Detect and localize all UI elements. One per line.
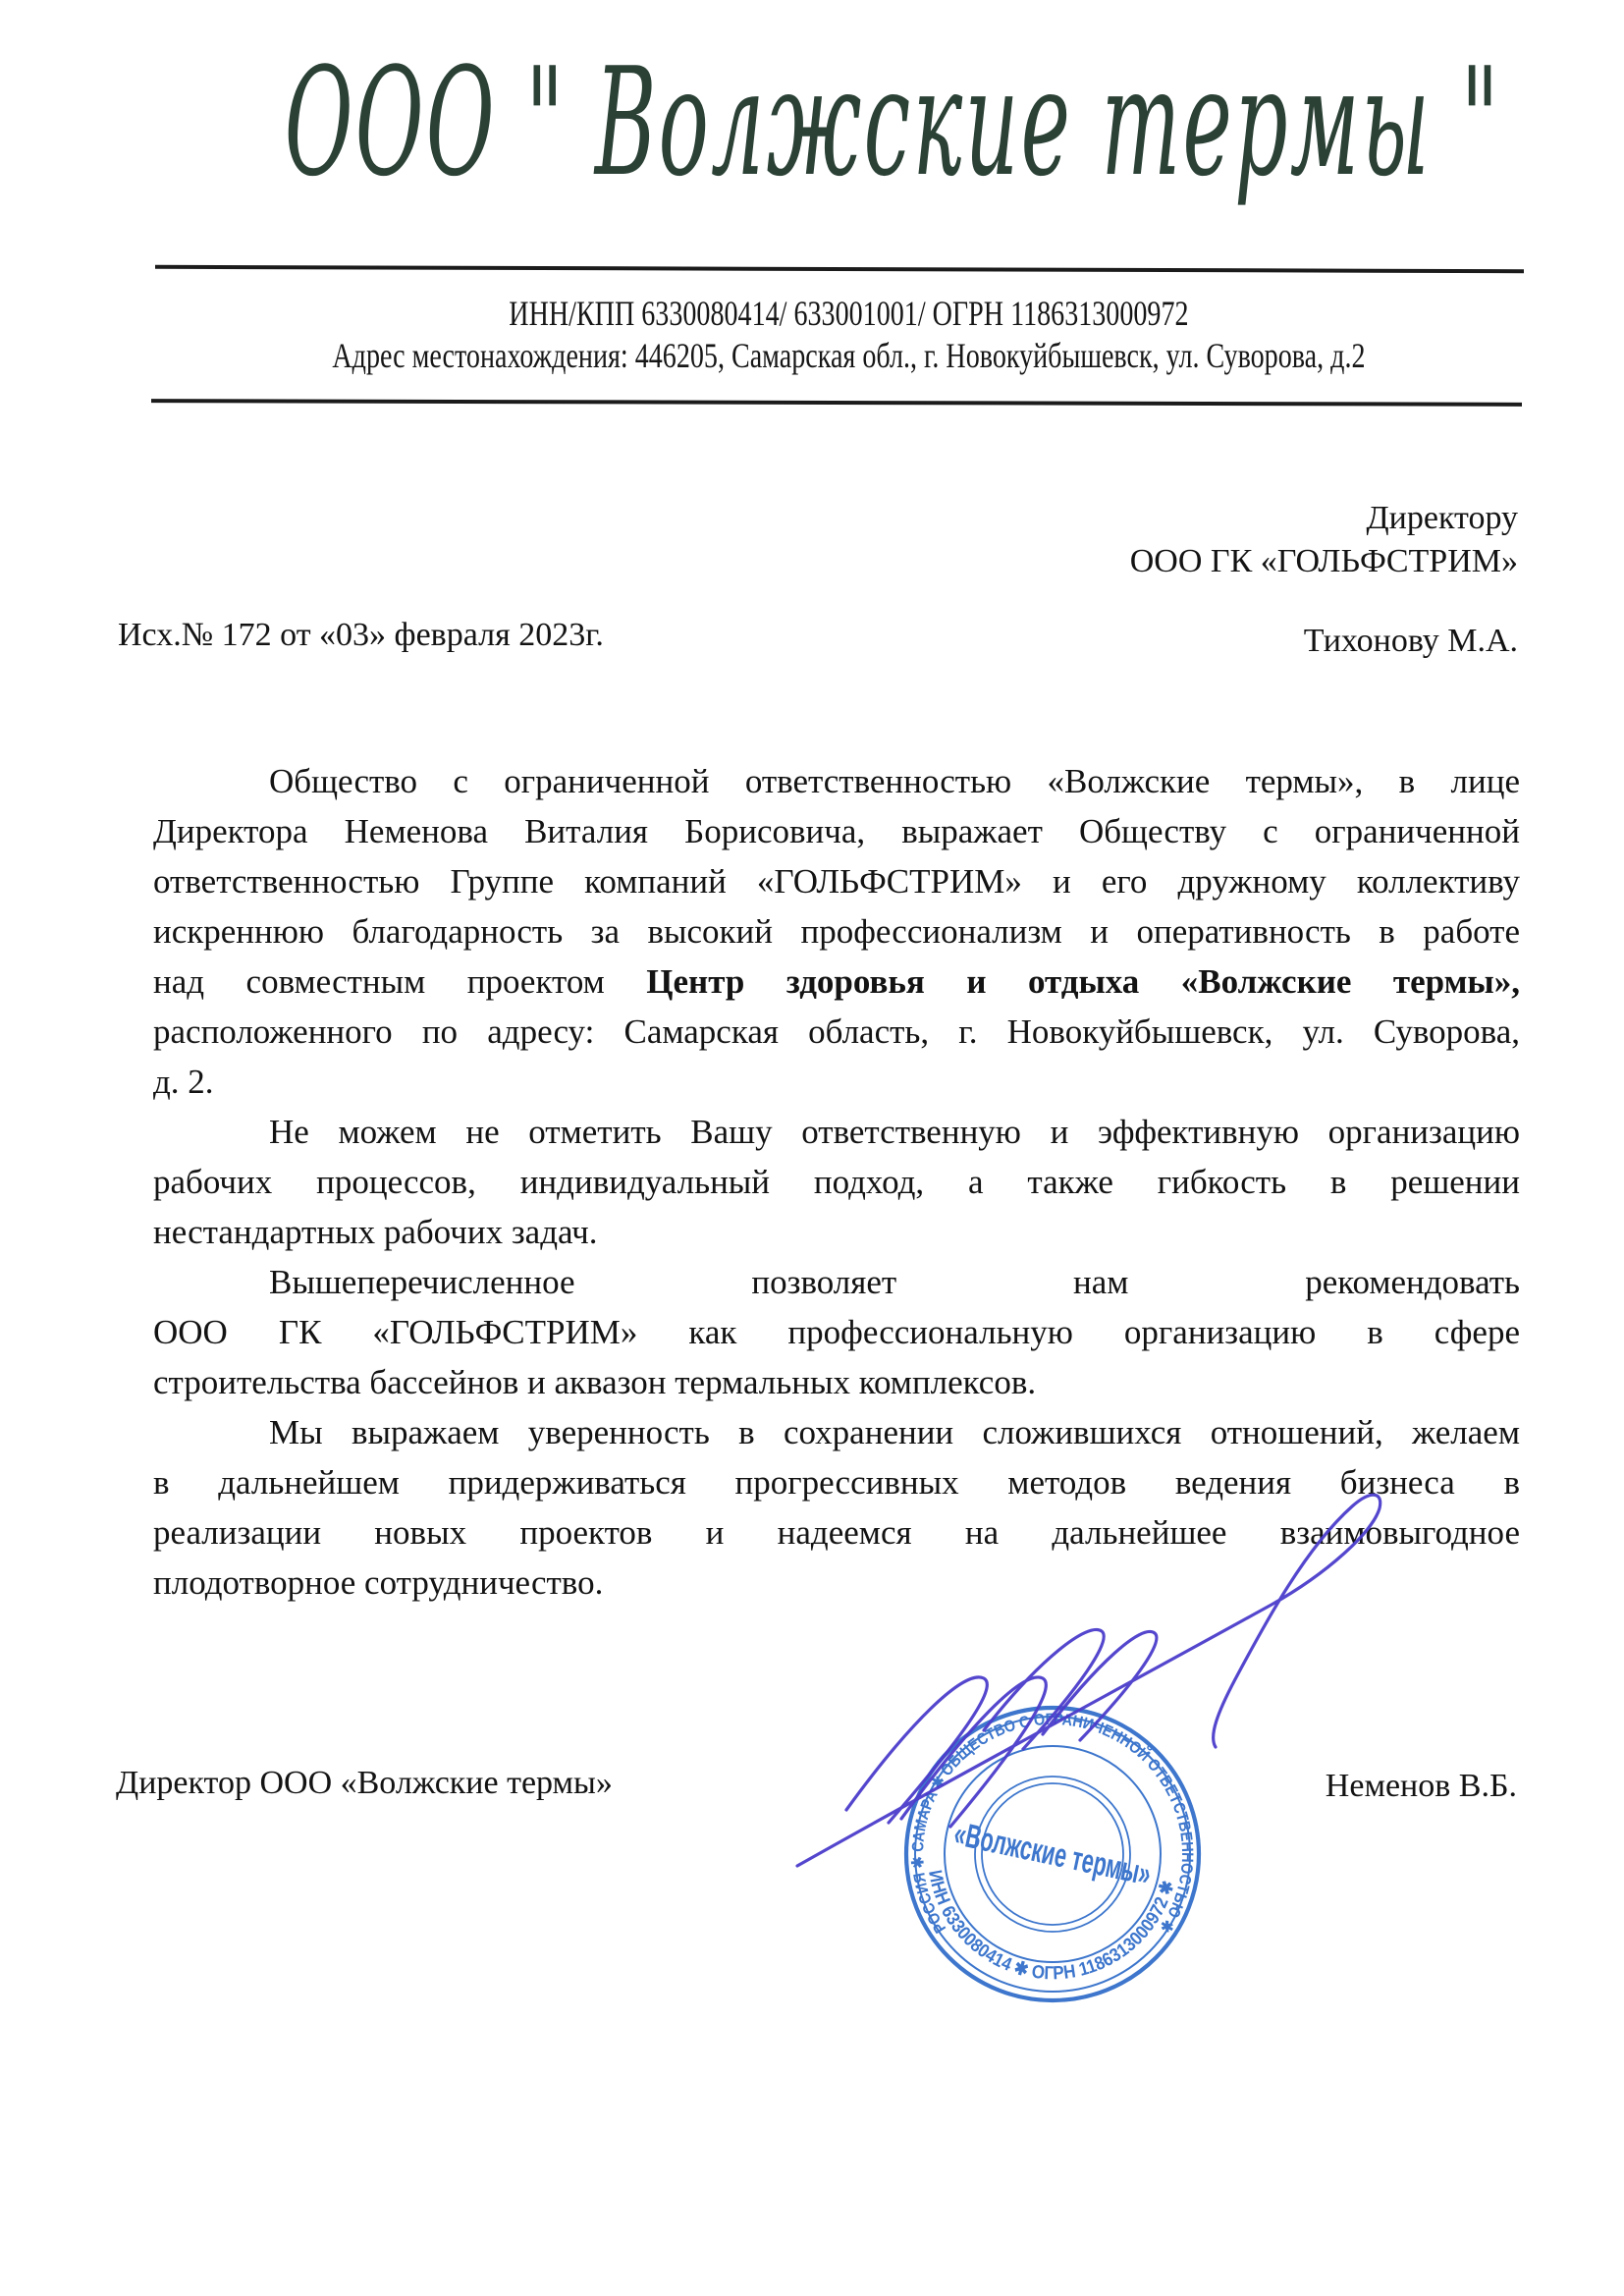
body-line: ответственностью Группе компаний «ГОЛЬФС…	[153, 856, 1520, 906]
letterhead: ООО " Волжские термы "	[0, 35, 1624, 209]
body-line: Директора Неменова Виталия Борисовича, в…	[153, 806, 1520, 856]
recipient-block: Директору ООО ГК «ГОЛЬФСТРИМ»	[1130, 497, 1518, 583]
body-line: Общество с ограниченной ответственностью…	[153, 756, 1520, 806]
letterhead-info: ИНН/КПП 6330080414/ 633001001/ ОГРН 1186…	[0, 293, 1624, 377]
paragraph: Не можем не отметить Вашу ответственную …	[153, 1107, 1520, 1257]
body-line: строительства бассейнов и аквазон термал…	[153, 1357, 1520, 1407]
recipient-company: ООО ГК «ГОЛЬФСТРИМ»	[1130, 540, 1518, 583]
outgoing-reference: Исх.№ 172 от «03» февраля 2023г.	[118, 617, 604, 654]
recipient-name: Тихонову М.А.	[1304, 623, 1518, 660]
paragraph: Общество с ограниченной ответственностью…	[153, 756, 1520, 1107]
body-line: ООО ГК «ГОЛЬФСТРИМ» как профессиональную…	[153, 1307, 1520, 1357]
body-line: искреннюю благодарность за высокий профе…	[153, 906, 1520, 957]
body-line: нестандартных рабочих задач.	[153, 1207, 1520, 1257]
body-line: Не можем не отметить Вашу ответственную …	[153, 1107, 1520, 1157]
body-line: д. 2.	[153, 1057, 1520, 1107]
body-line: над совместным проектом Центр здоровья и…	[153, 957, 1520, 1007]
handwritten-signature	[746, 1444, 1443, 1905]
letter-page: { "letterhead": { "company_title": "ООО …	[0, 0, 1624, 2296]
company-inn-line: ИНН/КПП 6330080414/ 633001001/ ОГРН 1186…	[332, 293, 1365, 335]
body-line: Вышеперечисленное позволяет нам рекоменд…	[153, 1257, 1520, 1307]
recipient-role: Директору	[1130, 497, 1518, 540]
paragraph: Вышеперечисленное позволяет нам рекоменд…	[153, 1257, 1520, 1407]
company-address-line: Адрес местонахождения: 446205, Самарская…	[332, 335, 1365, 377]
body-line: расположенного по адресу: Самарская обла…	[153, 1007, 1520, 1057]
letterhead-divider-top	[155, 265, 1524, 273]
body-line: рабочих процессов, индивидуальный подход…	[153, 1157, 1520, 1207]
company-title: ООО " Волжские термы "	[284, 35, 1500, 209]
signer-title: Директор ООО «Волжские термы»	[116, 1765, 613, 1802]
letterhead-divider-bottom	[151, 399, 1522, 407]
